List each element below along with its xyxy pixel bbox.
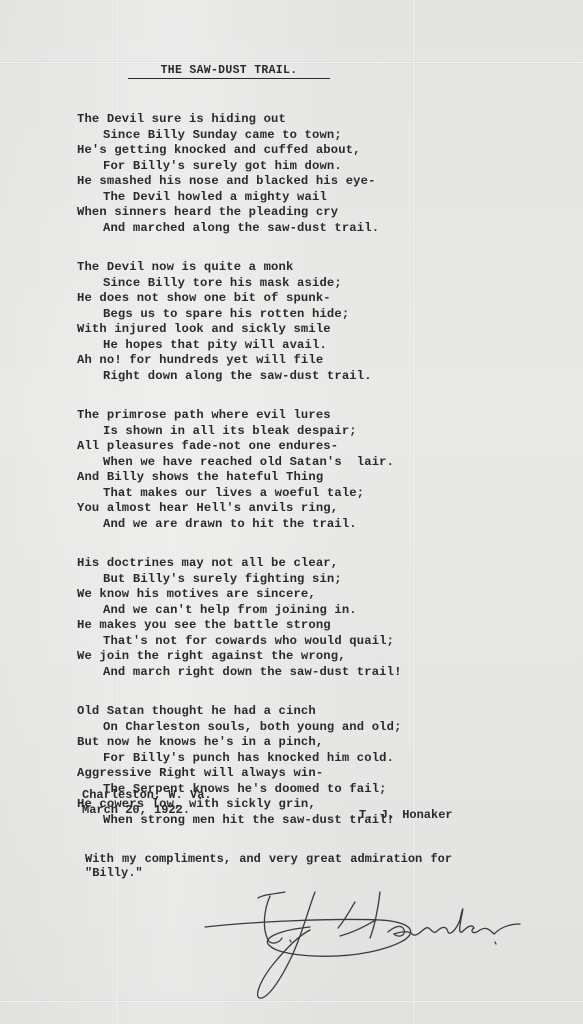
- poem-line: The Devil now is quite a monk: [77, 260, 517, 276]
- poem-line: Since Billy Sunday came to town;: [77, 128, 517, 144]
- stanza: The Devil now is quite a monkSince Billy…: [77, 260, 517, 384]
- poem-line: Old Satan thought he had a cinch: [77, 704, 517, 720]
- poem-line: You almost hear Hell's anvils ring,: [77, 501, 517, 517]
- poem-line: For Billy's punch has knocked him cold.: [77, 751, 517, 767]
- stanza: The primrose path where evil luresIs sho…: [77, 408, 517, 532]
- poem-line: And Billy shows the hateful Thing: [77, 470, 517, 486]
- poem-line: Is shown in all its bleak despair;: [77, 424, 517, 440]
- poem-line: He's getting knocked and cuffed about,: [77, 143, 517, 159]
- poem-line: That makes our lives a woeful tale;: [77, 486, 517, 502]
- poem-line: When we have reached old Satan's lair.: [77, 455, 517, 471]
- poem-line: That's not for cowards who would quail;: [77, 634, 517, 650]
- poem-line: He smashed his nose and blacked his eye-: [77, 174, 517, 190]
- poem-line: Begs us to spare his rotten hide;: [77, 307, 517, 323]
- poem-line: And march right down the saw-dust trail!: [77, 665, 517, 681]
- place-and-date: Charleston, W. Va. March 20, 1922.: [82, 788, 212, 818]
- poem-line: Right down along the saw-dust trail.: [77, 369, 517, 385]
- poem-title: THE SAW-DUST TRAIL.: [128, 64, 330, 79]
- stanza: The Devil sure is hiding outSince Billy …: [77, 112, 517, 236]
- poem-line: All pleasures fade-not one endures-: [77, 439, 517, 455]
- dedication-line: With my compliments, and very great admi…: [85, 852, 555, 866]
- poem-line: The Devil howled a mighty wail: [77, 190, 517, 206]
- dedication-line: "Billy.": [85, 866, 555, 880]
- poem-line: And marched along the saw-dust trail.: [77, 221, 517, 237]
- poem-line: But now he knows he's in a pinch,: [77, 735, 517, 751]
- poem-line: And we are drawn to hit the trail.: [77, 517, 517, 533]
- poem-line: His doctrines may not all be clear,: [77, 556, 517, 572]
- poem-body: The Devil sure is hiding outSince Billy …: [77, 112, 517, 852]
- poem-line: And we can't help from joining in.: [77, 603, 517, 619]
- poem-line: With injured look and sickly smile: [77, 322, 517, 338]
- signature-icon: [190, 880, 550, 1010]
- poem-line: On Charleston souls, both young and old;: [77, 720, 517, 736]
- place: Charleston, W. Va.: [82, 788, 212, 803]
- poem-line: When sinners heard the pleading cry: [77, 205, 517, 221]
- poem-line: Since Billy tore his mask aside;: [77, 276, 517, 292]
- poem-line: He makes you see the battle strong: [77, 618, 517, 634]
- poem-line: He does not show one bit of spunk-: [77, 291, 517, 307]
- poem-line: We know his motives are sincere,: [77, 587, 517, 603]
- poem-line: He hopes that pity will avail.: [77, 338, 517, 354]
- date: March 20, 1922.: [82, 803, 212, 818]
- poem-line: The primrose path where evil lures: [77, 408, 517, 424]
- poem-line: But Billy's surely fighting sin;: [77, 572, 517, 588]
- poem-line: The Devil sure is hiding out: [77, 112, 517, 128]
- poem-line: Ah no! for hundreds yet will file: [77, 353, 517, 369]
- poem-line: We join the right against the wrong,: [77, 649, 517, 665]
- author-name: T. J. Honaker: [359, 808, 453, 822]
- poem-line: For Billy's surely got him down.: [77, 159, 517, 175]
- dedication-note: With my compliments, and very great admi…: [85, 852, 555, 880]
- handwritten-signature: T. J. Honaker: [190, 880, 550, 1010]
- stanza: His doctrines may not all be clear,But B…: [77, 556, 517, 680]
- poem-line: Aggressive Right will always win-: [77, 766, 517, 782]
